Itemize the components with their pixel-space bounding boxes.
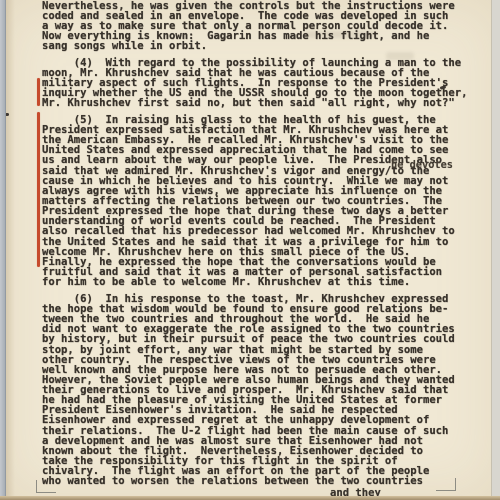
interlinear-insertion-text: he devotes bbox=[391, 159, 453, 171]
text-line: by history, but in their pursuit of peac… bbox=[42, 334, 482, 344]
paper-left-shadow bbox=[6, 0, 15, 500]
scan-edge-left bbox=[0, 0, 6, 500]
paragraph-5: (5) In raising his glass to the health o… bbox=[42, 115, 482, 287]
text-line: for him to be able to welcome Mr. Khrush… bbox=[42, 277, 482, 287]
text-line: Mr. Khrushchev first said no, but then s… bbox=[42, 98, 482, 108]
document-scan: Nevertheless, he was given the controls … bbox=[0, 0, 500, 500]
bottom-right-corner-mark bbox=[436, 478, 456, 491]
paragraph-3-continued: Nevertheless, he was given the controls … bbox=[42, 1, 482, 52]
scan-edge-bottom bbox=[0, 496, 500, 500]
document-text: Nevertheless, he was given the controls … bbox=[42, 1, 482, 487]
text-line: who wanted to worsen the relations betwe… bbox=[42, 476, 482, 486]
red-margin-line-1 bbox=[37, 78, 40, 106]
red-margin-line-2 bbox=[37, 112, 40, 267]
scan-edge-right bbox=[491, 0, 500, 500]
bottom-left-corner-mark bbox=[36, 480, 56, 493]
paragraph-6: (6) In his response to the toast, Mr. Kh… bbox=[42, 294, 482, 487]
paragraph-4: (4) With regard to the possibility of la… bbox=[42, 58, 482, 109]
text-line: sang songs while in orbit. bbox=[42, 41, 482, 51]
